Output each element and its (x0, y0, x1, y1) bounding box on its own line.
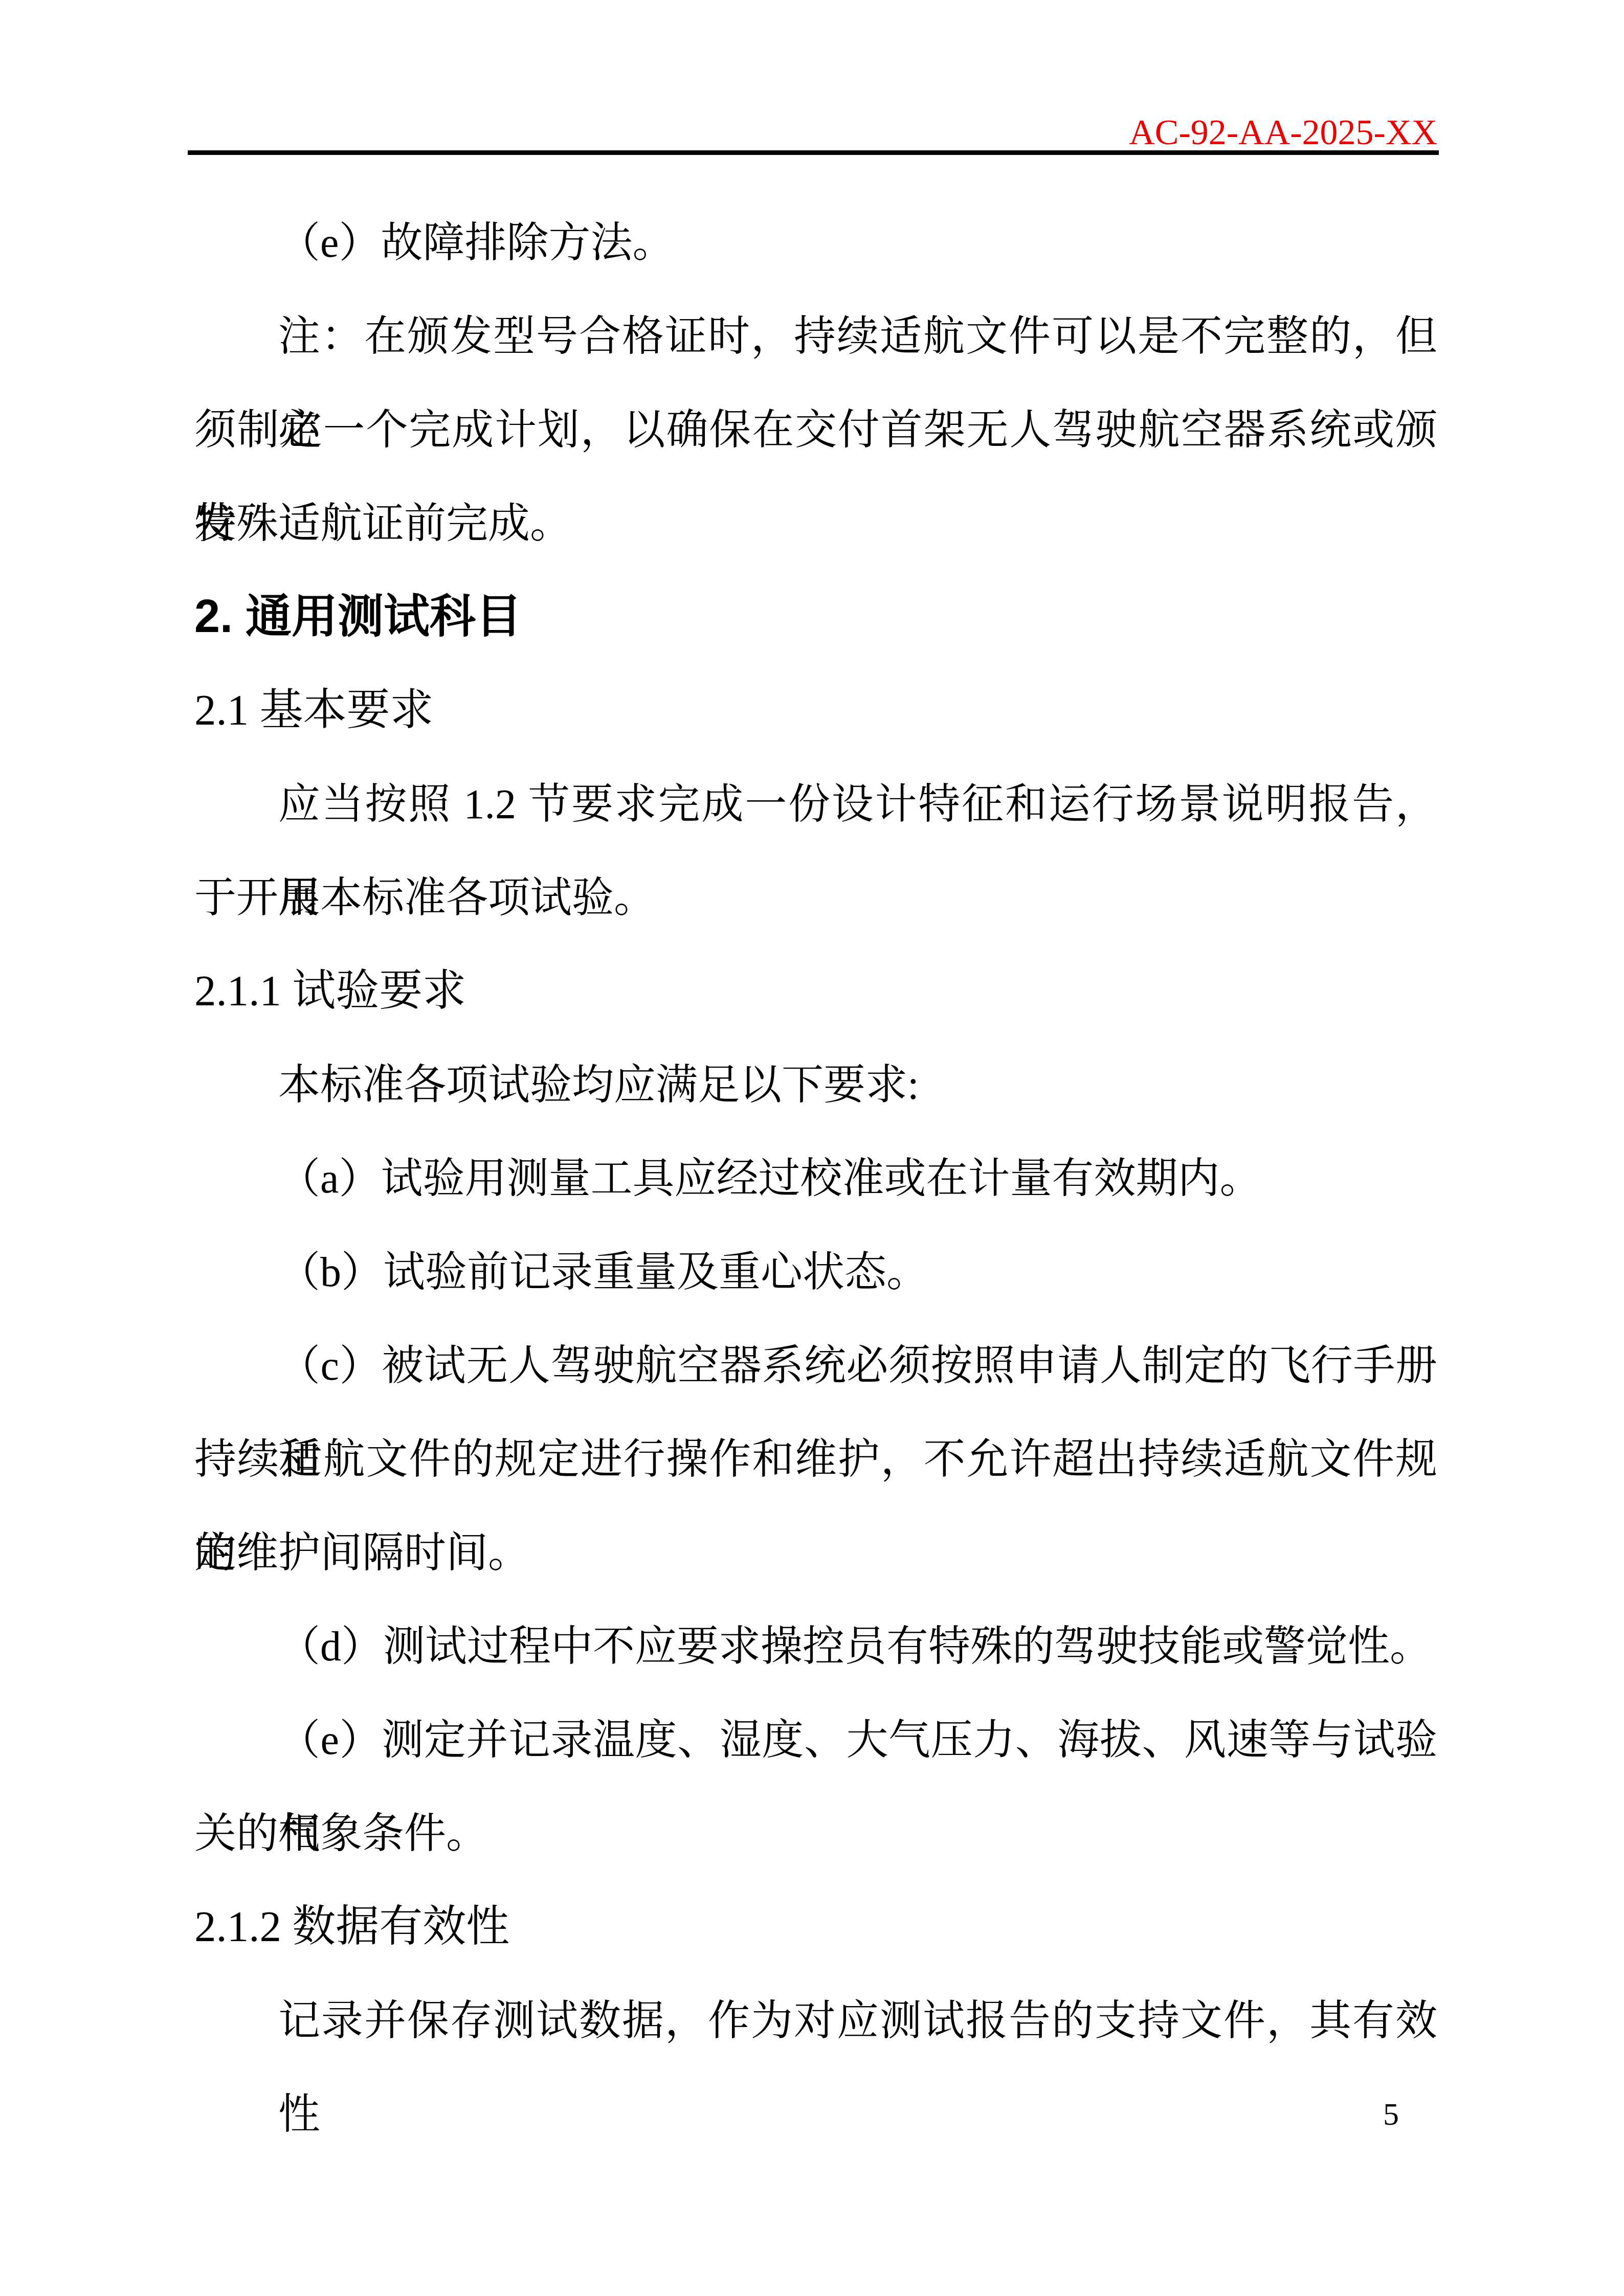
list-item-c-line: 的维护间隔时间。 (194, 1506, 1437, 1600)
page-number: 5 (1383, 2084, 1399, 2145)
paragraph-line: 应当按照 1.2 节要求完成一份设计特征和运行场景说明报告，用 (194, 757, 1437, 851)
note-paragraph-line: 特殊适航证前完成。 (194, 477, 1437, 570)
heading-section-2: 2. 通用测试科目 (194, 570, 1437, 664)
heading-section-2-1-1: 2.1.1 试验要求 (194, 944, 1437, 1038)
list-item-e-weather-line: 关的气象条件。 (194, 1787, 1437, 1880)
heading-section-2-1: 2.1 基本要求 (194, 664, 1437, 757)
list-item-d: （d）测试过程中不应要求操控员有特殊的驾驶技能或警觉性。 (194, 1600, 1437, 1693)
header-rule (188, 150, 1439, 155)
document-body: （e）故障排除方法。 注：在颁发型号合格证时，持续适航文件可以是不完整的，但必 … (194, 196, 1437, 2067)
note-paragraph-line: 须制定一个完成计划，以确保在交付首架无人驾驶航空器系统或颁发 (194, 383, 1437, 477)
paragraph-line: 记录并保存测试数据，作为对应测试报告的支持文件，其有效性 (194, 1974, 1437, 2067)
list-item-a: （a）试验用测量工具应经过校准或在计量有效期内。 (194, 1132, 1437, 1225)
list-item-e-troubleshooting: （e）故障排除方法。 (194, 196, 1437, 289)
heading-section-2-1-2: 2.1.2 数据有效性 (194, 1880, 1437, 1974)
document-page: AC-92-AA-2025-XX （e）故障排除方法。 注：在颁发型号合格证时，… (0, 0, 1624, 2296)
note-paragraph-line: 注：在颁发型号合格证时，持续适航文件可以是不完整的，但必 (194, 289, 1437, 383)
paragraph-line: 于开展本标准各项试验。 (194, 851, 1437, 944)
list-item-b: （b）试验前记录重量及重心状态。 (194, 1225, 1437, 1319)
list-item-c-line: （c）被试无人驾驶航空器系统必须按照申请人制定的飞行手册和 (194, 1319, 1437, 1412)
list-item-e-weather-line: （e）测定并记录温度、湿度、大气压力、海拔、风速等与试验相 (194, 1693, 1437, 1787)
document-code: AC-92-AA-2025-XX (1129, 115, 1437, 151)
list-item-c-line: 持续适航文件的规定进行操作和维护，不允许超出持续适航文件规定 (194, 1412, 1437, 1506)
paragraph-line: 本标准各项试验均应满足以下要求: (194, 1038, 1437, 1132)
